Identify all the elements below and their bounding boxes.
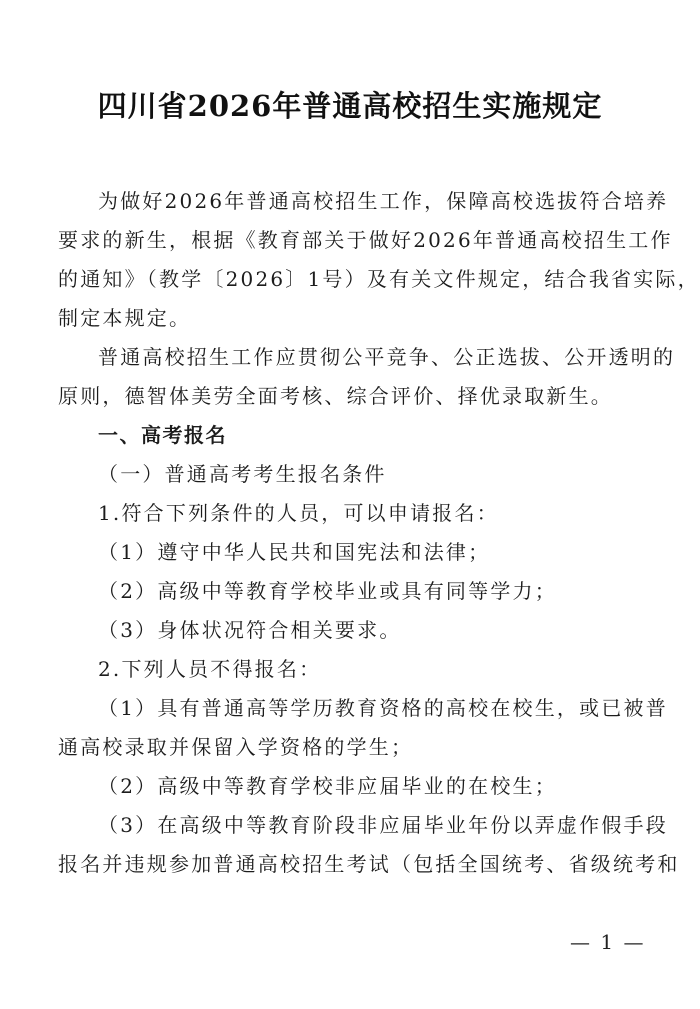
body-text-line: 通高校录取并保留入学资格的学生； [58, 733, 658, 761]
body-text-line: （2）高级中等教育学校毕业或具有同等学力； [98, 577, 698, 605]
document-title: 四川省2026年普通高校招生实施规定 [0, 84, 700, 125]
body-text-line: 要求的新生，根据《教育部关于做好2026年普通高校招生工作 [58, 226, 658, 254]
document-page: 四川省2026年普通高校招生实施规定 为做好2026年普通高校招生工作，保障高校… [0, 0, 700, 1009]
body-text-line: （1）具有普通高等学历教育资格的高校在校生，或已被普 [98, 694, 698, 722]
page-number: — 1 — [570, 930, 645, 954]
body-text-line: （一）普通高考考生报名条件 [98, 460, 698, 488]
body-text-line: 原则，德智体美劳全面考核、综合评价、择优录取新生。 [58, 382, 658, 410]
body-text-line: （3）身体状况符合相关要求。 [98, 616, 698, 644]
section-heading: 一、高考报名 [98, 421, 698, 449]
body-text-line: （2）高级中等教育学校非应届毕业的在校生； [98, 772, 698, 800]
body-text-line: 1.符合下列条件的人员，可以申请报名： [98, 499, 698, 527]
body-text-line: （3）在高级中等教育阶段非应届毕业年份以弄虚作假手段 [98, 811, 698, 839]
body-text-line: 为做好2026年普通高校招生工作，保障高校选拔符合培养 [98, 187, 698, 215]
body-text-line: 报名并违规参加普通高校招生考试（包括全国统考、省级统考和 [58, 850, 658, 878]
body-text-line: 普通高校招生工作应贯彻公平竞争、公正选拔、公开透明的 [98, 343, 698, 371]
body-text-line: （1）遵守中华人民共和国宪法和法律； [98, 538, 698, 566]
body-text-line: 制定本规定。 [58, 304, 658, 332]
body-text-line: 的通知》（教学〔2026〕1号）及有关文件规定，结合我省实际， [58, 265, 658, 293]
body-text-line: 2.下列人员不得报名： [98, 655, 698, 683]
